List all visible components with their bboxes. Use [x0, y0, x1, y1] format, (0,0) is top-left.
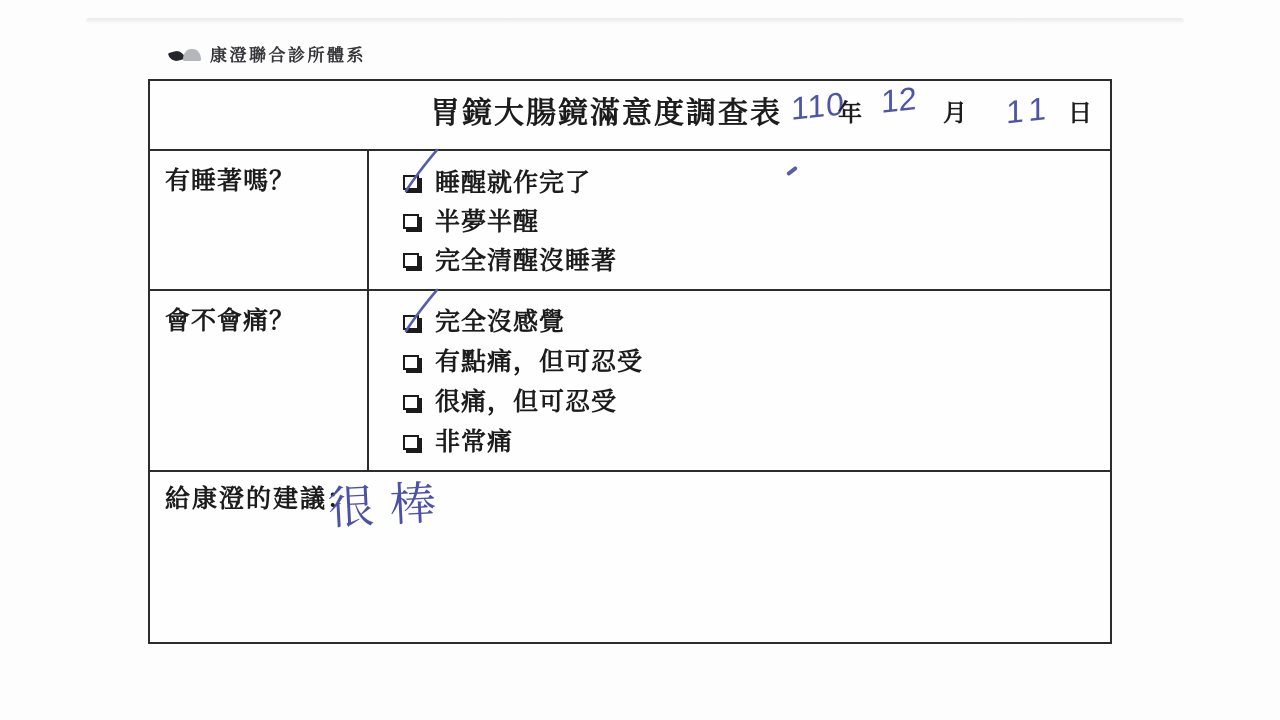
title-row: 胃鏡大腸鏡滿意度調查表 110 年 12 月 11 日 — [150, 81, 1110, 151]
option-label: 完全清醒沒睡著 — [435, 246, 617, 276]
checkbox-icon — [403, 435, 419, 450]
handwritten-year: 110 — [791, 87, 845, 125]
suggestion-label: 給康澄的建議： — [165, 484, 354, 514]
question-options-cell: 完全沒感覺 有點痛，但可忍受 很痛，但可忍受 非常痛 — [369, 291, 1110, 470]
day-label: 日 — [1068, 102, 1092, 126]
month-label: 月 — [943, 102, 967, 126]
year-label: 年 — [838, 102, 862, 126]
clinic-name: 康澄聯合診所體系 — [210, 47, 366, 64]
form-title: 胃鏡大腸鏡滿意度調查表 — [430, 96, 782, 132]
checkbox-icon — [403, 214, 419, 229]
handwritten-day: 11 — [1006, 91, 1053, 128]
option-fully-awake: 完全清醒沒睡著 — [403, 241, 1110, 280]
option-label: 完全沒感覺 — [435, 307, 565, 337]
scanned-paper: 康澄聯合診所體系 胃鏡大腸鏡滿意度調查表 110 年 12 月 11 日 有睡著… — [0, 0, 1280, 720]
question-row-pain: 會不會痛？ 完全沒感覺 有點痛，但可忍受 很痛，但可 — [150, 291, 1110, 472]
checkmark-icon — [402, 147, 442, 195]
handwritten-month: 12 — [881, 82, 916, 118]
option-label: 半夢半醒 — [435, 207, 539, 237]
clinic-logo: 康澄聯合診所體系 — [168, 44, 366, 66]
option-label: 非常痛 — [435, 427, 513, 457]
checkbox-icon — [403, 355, 419, 370]
question-label-cell: 有睡著嗎？ — [150, 151, 369, 289]
option-slept-through: 睡醒就作完了 — [403, 163, 1110, 202]
option-very-painful-bearable: 很痛，但可忍受 — [403, 382, 1110, 422]
survey-form-table: 胃鏡大腸鏡滿意度調查表 110 年 12 月 11 日 有睡著嗎？ 睡醒就 — [148, 79, 1112, 644]
handwritten-suggestion: 很棒 — [327, 475, 454, 537]
option-no-feeling: 完全沒感覺 — [403, 302, 1110, 342]
question-label: 有睡著嗎？ — [165, 167, 295, 195]
question-label: 會不會痛？ — [165, 307, 295, 335]
option-extremely-painful: 非常痛 — [403, 422, 1110, 462]
checkmark-icon — [402, 287, 442, 335]
checkbox-icon — [403, 315, 419, 330]
logo-leaf-light-icon — [183, 49, 201, 61]
suggestion-row: 給康澄的建議： 很棒 — [150, 472, 1110, 642]
question-label-cell: 會不會痛？ — [150, 291, 369, 470]
question-options-cell: 睡醒就作完了 半夢半醒 完全清醒沒睡著 — [369, 151, 1110, 289]
checkbox-icon — [403, 175, 419, 190]
clinic-logo-icon — [168, 44, 204, 66]
option-label: 有點痛，但可忍受 — [435, 347, 643, 377]
checkbox-icon — [403, 395, 419, 410]
checkbox-icon — [403, 253, 419, 268]
paper-edge-shadow — [86, 18, 1184, 24]
option-slight-pain: 有點痛，但可忍受 — [403, 342, 1110, 382]
question-row-sleep: 有睡著嗎？ 睡醒就作完了 半夢半醒 完全清醒沒睡著 — [150, 151, 1110, 291]
option-half-awake: 半夢半醒 — [403, 202, 1110, 241]
option-label: 睡醒就作完了 — [435, 168, 591, 198]
option-label: 很痛，但可忍受 — [435, 387, 617, 417]
